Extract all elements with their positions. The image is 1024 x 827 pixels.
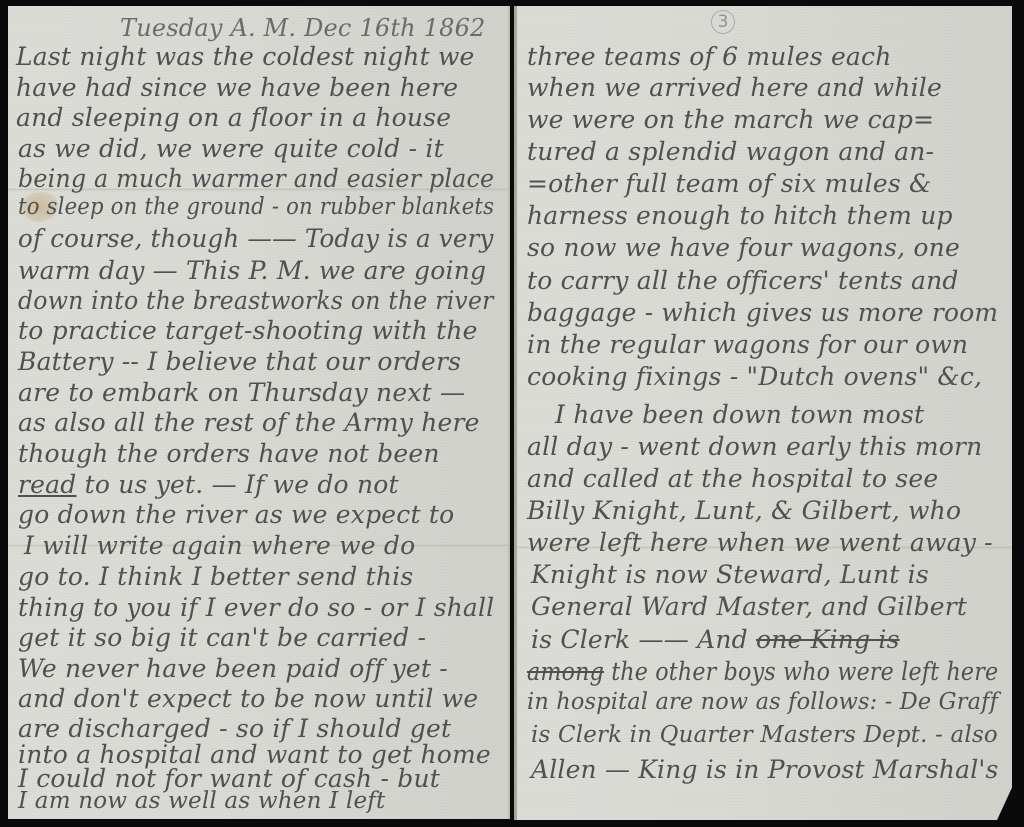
letter-line-underlined-read: read to us yet. — If we do not [18, 470, 399, 499]
letter-line: as also all the rest of the Army here [18, 408, 480, 437]
letter-line: Billy Knight, Lunt, & Gilbert, who [527, 496, 961, 525]
letter-line: =other full team of six mules & [527, 169, 931, 198]
letter-line: I will write again where we do [24, 531, 415, 560]
letter-line: go to. I think I better send this [18, 562, 413, 591]
letter-line: to sleep on the ground - on rubber blank… [18, 194, 494, 220]
letter-line: as we did, we were quite cold - it [18, 134, 444, 163]
letter-line: tured a splendid wagon and an- [527, 137, 934, 166]
letter-line: to practice target-shooting with the [18, 316, 478, 345]
letter-line: get it so big it can't be carried - [18, 623, 426, 652]
letter-line: being a much warmer and easier place [18, 164, 494, 193]
letter-line: harness enough to hitch them up [527, 201, 953, 230]
letter-line: were left here when we went away - [527, 528, 993, 557]
letter-line: in hospital are now as follows: - De Gra… [527, 689, 998, 715]
letter-line: cooking fixings - "Dutch ovens" &c, [527, 362, 982, 391]
letter-line: and called at the hospital to see [527, 464, 938, 493]
letter-line: We never have been paid off yet - [18, 654, 448, 683]
letter-line: in the regular wagons for our own [527, 330, 968, 359]
letter-line: when we arrived here and while [527, 73, 942, 102]
letter-line: is Clerk in Quarter Masters Dept. - also [531, 722, 998, 748]
letter-line: Battery -- I believe that our orders [18, 347, 461, 376]
letter-date-header: Tuesday A. M. Dec 16th 1862 [120, 14, 486, 42]
letter-line: and sleeping on a floor in a house [16, 103, 451, 132]
letter-line-with-strikethrough: among the other boys who were left here [527, 657, 998, 686]
letter-line: warm day — This P. M. we are going [18, 256, 486, 285]
letter-line: are to embark on Thursday next — [18, 378, 465, 407]
letter-line: thing to you if I ever do so - or I shal… [18, 593, 494, 622]
letter-line: down into the breastworks on the river [18, 286, 494, 315]
letter-line: Allen — King is in Provost Marshal's [531, 755, 998, 784]
letter-line: are discharged - so if I should get [18, 714, 451, 743]
letter-line: General Ward Master, and Gilbert [531, 592, 967, 621]
letter-line: we were on the march we cap= [527, 105, 934, 134]
letter-line: though the orders have not been [18, 439, 440, 468]
letter-line: of course, though —— Today is a very [18, 224, 494, 253]
struck-text: one King is [756, 625, 900, 654]
letter-line: to carry all the officers' tents and [527, 266, 959, 295]
letter-line: have had since we have been here [16, 73, 458, 102]
underlined-word: read [18, 470, 76, 499]
letter-text: is Clerk —— And [531, 625, 748, 654]
scanned-letter: Tuesday A. M. Dec 16th 1862 Last night w… [0, 0, 1024, 827]
letter-page-right: 3 three teams of 6 mules each when we ar… [514, 6, 1012, 820]
letter-line: and don't expect to be now until we [18, 684, 478, 713]
letter-line: I have been down town most [555, 400, 924, 429]
letter-line: so now we have four wagons, one [527, 233, 960, 262]
letter-text: the other boys who were left here [611, 657, 998, 686]
letter-line: I am now as well as when I left [18, 788, 385, 814]
letter-line-with-strikethrough: is Clerk —— And one King is [531, 625, 900, 654]
letter-line: Knight is now Steward, Lunt is [531, 560, 929, 589]
letter-line: three teams of 6 mules each [527, 42, 892, 71]
letter-line: baggage - which gives us more room [527, 298, 998, 327]
letter-page-left: Tuesday A. M. Dec 16th 1862 Last night w… [8, 6, 510, 819]
letter-line: go down the river as we expect to [18, 500, 454, 529]
letter-line: all day - went down early this morn [527, 432, 982, 461]
struck-text: among [527, 657, 604, 686]
letter-line: Last night was the coldest night we [16, 42, 475, 71]
